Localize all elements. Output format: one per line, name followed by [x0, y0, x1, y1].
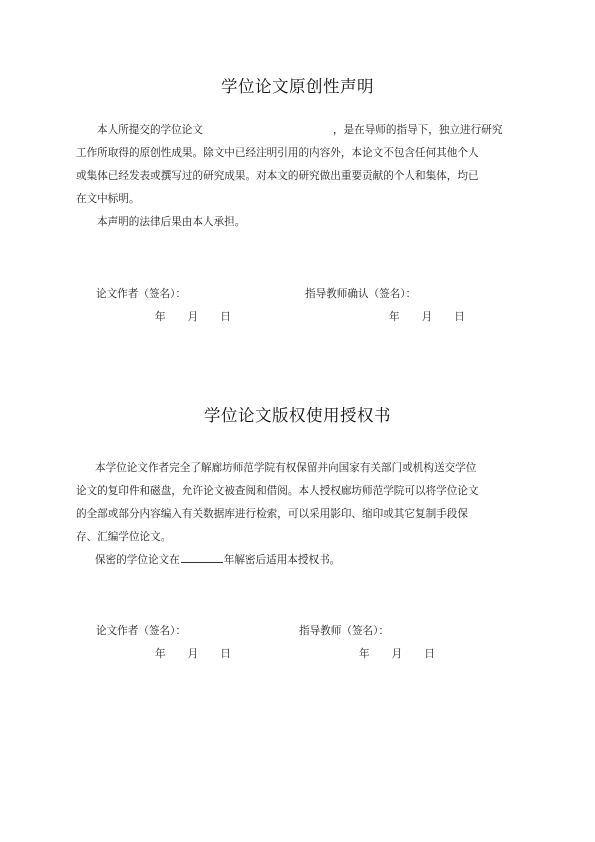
authorization-advisor-date: 年月日	[359, 646, 457, 661]
originality-para1-suffix: ，是在导师的指导下，独立进行研究	[333, 124, 503, 136]
date-month: 月	[188, 309, 199, 324]
originality-para1-line3: 或集体已经发表或撰写过的研究成果。对本文的研究做出重要贡献的个人和集体，均已	[76, 168, 479, 183]
originality-para1-line1: 本人所提交的学位论文，是在导师的指导下，独立进行研究	[97, 122, 502, 137]
originality-advisor-date: 年月日	[389, 309, 487, 324]
confidential-years-blank[interactable]	[181, 552, 223, 563]
date-day: 日	[220, 646, 231, 661]
date-day: 日	[220, 309, 231, 324]
date-day: 日	[454, 309, 465, 324]
date-year: 年	[359, 646, 370, 661]
originality-author-sign-label: 论文作者（签名）：	[96, 286, 186, 301]
originality-para1-line4: 在文中标明。	[76, 191, 140, 206]
authorization-para1-line1: 本学位论文作者完全了解廊坊师范学院有权保留并向国家有关部门或机构送交学位	[95, 460, 476, 475]
date-day: 日	[424, 646, 435, 661]
originality-author-date: 年月日	[155, 309, 253, 324]
date-year: 年	[155, 309, 166, 324]
authorization-para1-line3: 的全部或部分内容编入有关数据库进行检索，可以采用影印、缩印或其它复制手段保	[76, 506, 468, 521]
originality-para1-prefix: 本人所提交的学位论文	[97, 124, 203, 136]
authorization-advisor-sign-label: 指导教师（签名）：	[299, 623, 389, 638]
date-month: 月	[188, 646, 199, 661]
originality-advisor-sign-label: 指导教师确认（签名）：	[305, 286, 416, 301]
authorization-author-sign-label: 论文作者（签名）：	[96, 623, 186, 638]
originality-title: 学位论文原创性声明	[0, 73, 595, 97]
authorization-para1-line2: 论文的复印件和磁盘，允许论文被查阅和借阅。本人授权廊坊师范学院可以将学位论文	[76, 483, 479, 498]
authorization-para1-line4: 存、汇编学位论文。	[76, 529, 171, 544]
date-month: 月	[422, 309, 433, 324]
authorization-para2-suffix: 年解密后适用本授权书。	[224, 554, 341, 566]
authorization-para2: 保密的学位论文在年解密后适用本授权书。	[95, 552, 340, 567]
authorization-title: 学位论文版权使用授权书	[0, 402, 595, 426]
authorization-author-date: 年月日	[155, 646, 253, 661]
originality-para2: 本声明的法律后果由本人承担。	[97, 214, 245, 229]
date-month: 月	[392, 646, 403, 661]
date-year: 年	[155, 646, 166, 661]
originality-para1-line2: 工作所取得的原创性成果。除文中已经注明引用的内容外，本论文不包含任何其他个人	[76, 145, 479, 160]
date-year: 年	[389, 309, 400, 324]
authorization-para2-prefix: 保密的学位论文在	[95, 554, 180, 566]
